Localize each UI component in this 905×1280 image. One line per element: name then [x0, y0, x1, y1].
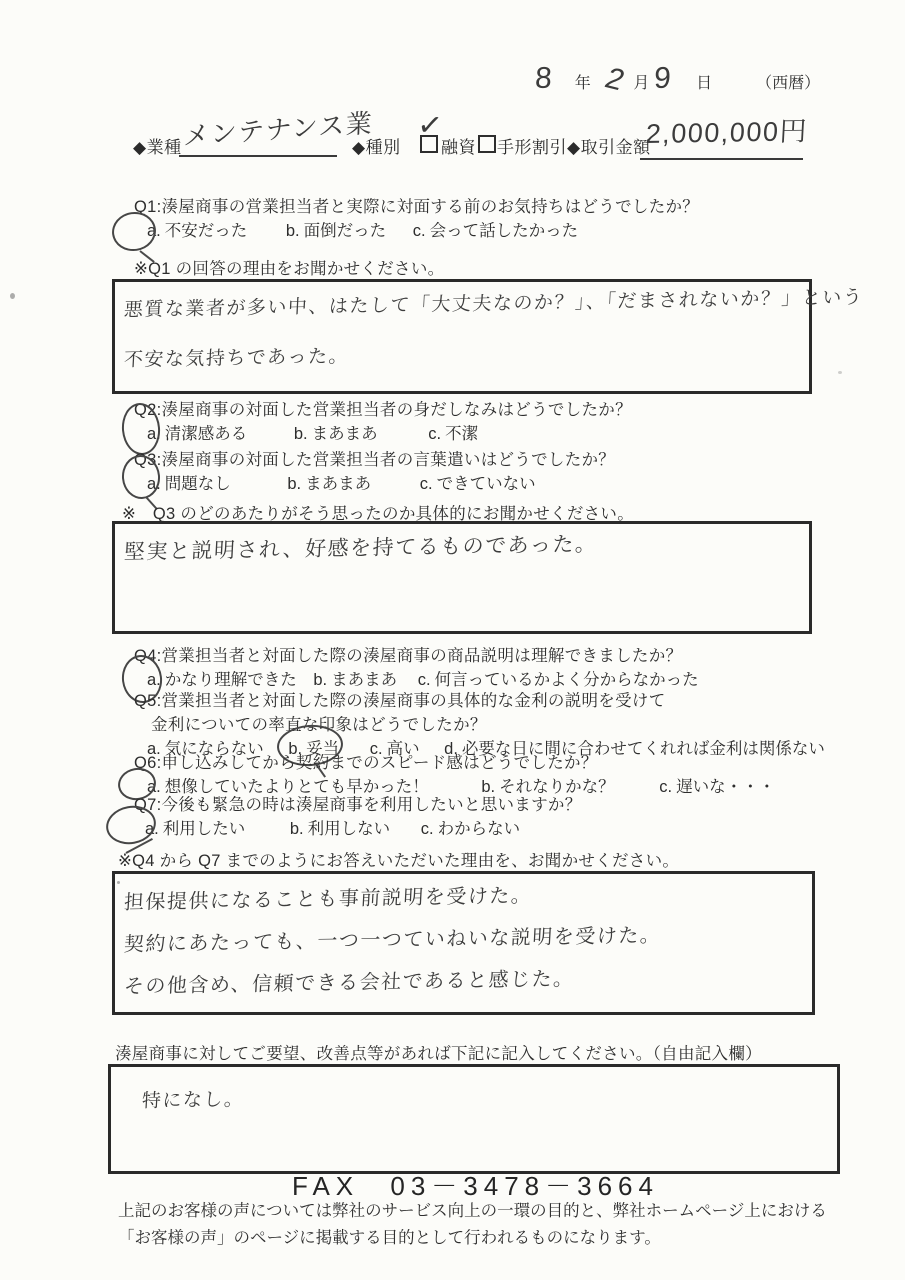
- date-year-value: 8: [534, 62, 552, 96]
- date-day-label: 日: [696, 70, 712, 96]
- date-month-value: 2: [600, 62, 629, 98]
- option-c: c.わからない: [421, 817, 520, 841]
- answer-line: 悪質な業者が多い中、はたして「大丈夫なのか？」、「だまされないか？」という: [123, 278, 809, 332]
- notice-line-2: 「お客様の声」のページに掲載する目的として行われるものになります。: [118, 1225, 827, 1252]
- option-a: a.利用したい: [145, 817, 245, 841]
- question-q3: Q3:湊屋商事の対面した営業担当者の言葉遣いはどうでしたか？ a.問題なし b.…: [134, 448, 615, 496]
- date-day-value: 9: [654, 62, 672, 96]
- option-a: a.清潔感ある: [147, 422, 247, 446]
- question-options: a.利用したい b.利用しない c.わからない: [134, 817, 582, 841]
- amount-underline: [640, 135, 803, 160]
- answer-box-q1: 悪質な業者が多い中、はたして「大丈夫なのか？」、「だまされないか？」という 不安…: [112, 279, 812, 394]
- question-text: Q4:営業担当者と対面した際の湊屋商事の商品説明は理解できましたか？: [134, 644, 699, 668]
- question-text-line2: 金利についての率直な印象はどうでしたか？: [134, 713, 825, 737]
- question-q2: Q2:湊屋商事の対面した営業担当者の身だしなみはどうでしたか？ a.清潔感ある …: [134, 398, 632, 446]
- type-option-yuushi-label: 融資: [441, 133, 476, 158]
- question-options: a.問題なし b.まあまあ c.できていない: [134, 472, 615, 496]
- option-c: c.不潔: [428, 422, 478, 446]
- option-c: c.遅いな・・・: [659, 775, 775, 799]
- option-b: b.面倒だった: [286, 219, 386, 243]
- type-option-tegata-label: 手形割引: [497, 133, 567, 158]
- industry-label: ◆業種: [133, 133, 182, 158]
- fax-label: FAX: [292, 1171, 359, 1201]
- answer-line: 堅実と説明され、好感を持てるものであった。: [123, 520, 809, 574]
- question-text: Q2:湊屋商事の対面した営業担当者の身だしなみはどうでしたか？: [134, 398, 632, 422]
- question-q6: Q6:申し込みしてから契約までのスピード感はどうでしたか？ a.想像していたより…: [134, 751, 775, 799]
- answer-box-q3: 堅実と説明され、好感を持てるものであった。: [112, 521, 812, 634]
- option-b: b.利用しない: [290, 817, 390, 841]
- option-b: b.まあまあ: [287, 472, 371, 496]
- checkbox-tegata: [478, 135, 496, 153]
- reason-prompt-q4-q7: ※Q4 から Q7 までのようにお答えいただいた理由を、お聞かせください。: [118, 847, 679, 871]
- answer-line: 特になし。: [141, 1069, 837, 1123]
- date-line: 8 年 2 月 9 日 （西暦）: [536, 62, 820, 96]
- reason-prompt-q1: ※Q1 の回答の理由をお聞かせください。: [134, 255, 444, 279]
- notice-line-1: 上記のお客様の声については弊社のサービス向上の一環の目的と、弊社ホームページ上に…: [118, 1198, 827, 1225]
- amount-label: ◆取引金額: [567, 133, 651, 158]
- option-b: b.まあまあ: [294, 422, 378, 446]
- question-text: Q6:申し込みしてから契約までのスピード感はどうでしたか？: [134, 751, 775, 775]
- option-a: a.不安だった: [147, 219, 247, 243]
- scanned-survey-form: 8 年 2 月 9 日 （西暦） ◆業種 メンテナンス業 ◆種別 ✓ 融資 手形…: [0, 0, 905, 1280]
- option-c: c.できていない: [420, 472, 536, 496]
- question-options: a.清潔感ある b.まあまあ c.不潔: [134, 422, 632, 446]
- free-form-prompt: 湊屋商事に対してご要望、改善点等があれば下記に記入してください。（自由記入欄）: [115, 1040, 762, 1064]
- free-form-answer-box: 特になし。: [108, 1064, 840, 1174]
- era-note: （西暦）: [756, 70, 820, 96]
- question-text: Q5:営業担当者と対面した際の湊屋商事の具体的な金利の説明を受けて: [134, 689, 825, 713]
- question-q1: Q1:湊屋商事の営業担当者と実際に対面する前のお気持ちはどうでしたか？ a.不安…: [134, 195, 699, 243]
- scan-speck: [838, 371, 842, 374]
- question-text: Q1:湊屋商事の営業担当者と実際に対面する前のお気持ちはどうでしたか？: [134, 195, 699, 219]
- type-label: ◆種別: [352, 133, 401, 158]
- question-text: Q7:今後も緊急の時は湊屋商事を利用したいと思いますか？: [134, 793, 582, 817]
- scan-speck: [10, 293, 15, 299]
- question-text: Q3:湊屋商事の対面した営業担当者の言葉遣いはどうでしたか？: [134, 448, 615, 472]
- industry-underline: [179, 132, 337, 157]
- answer-line: 不安な気持ちであった。: [123, 328, 809, 382]
- date-year-label: 年: [575, 70, 591, 96]
- question-options: a.不安だった b.面倒だった c.会って話したかった: [134, 219, 699, 243]
- footer-notice: 上記のお客様の声については弊社のサービス向上の一環の目的と、弊社ホームページ上に…: [118, 1198, 827, 1252]
- fax-number: 03－3478－3664: [390, 1171, 659, 1201]
- date-month-label: 月: [633, 70, 649, 96]
- option-c: c.会って話したかった: [413, 219, 578, 243]
- question-q4: Q4:営業担当者と対面した際の湊屋商事の商品説明は理解できましたか？ a.かなり…: [134, 644, 699, 692]
- question-q7: Q7:今後も緊急の時は湊屋商事を利用したいと思いますか？ a.利用したい b.利…: [134, 793, 582, 841]
- answer-box-q4-q7: 担保提供になることも事前説明を受けた。 契約にあたっても、一つ一つていねいな説明…: [112, 871, 815, 1015]
